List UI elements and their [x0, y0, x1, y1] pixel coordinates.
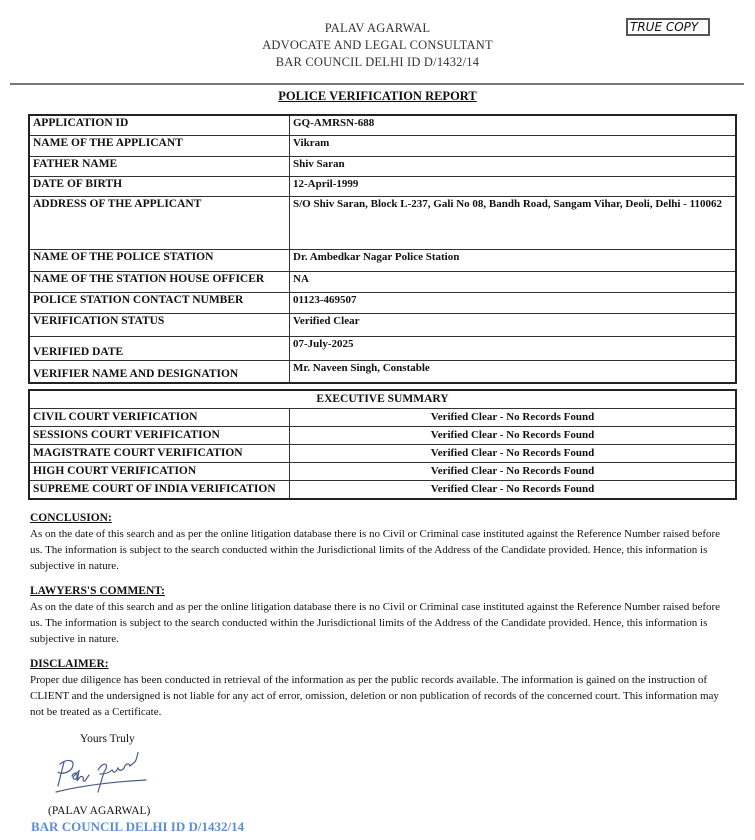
lawyers-comment-section: LAWYERS'S COMMENT: As on the date of thi… [30, 583, 730, 647]
disclaimer-text: Proper due diligence has been conducted … [30, 672, 730, 720]
details-table: APPLICATION ID GQ-AMRSN-688 NAME OF THE … [28, 114, 737, 384]
table-row: VERIFIED DATE 07-July-2025 [29, 336, 736, 360]
row-label: NAME OF THE APPLICANT [29, 135, 290, 156]
row-value: S/O Shiv Saran, Block L-237, Gali No 08,… [290, 196, 737, 249]
advocate-title: ADVOCATE AND LEGAL CONSULTANT [0, 37, 755, 54]
row-label: SUPREME COURT OF INDIA VERIFICATION [29, 481, 290, 500]
row-label: NAME OF THE STATION HOUSE OFFICER [29, 271, 290, 292]
row-label: FATHER NAME [29, 156, 290, 176]
table-row: SESSIONS COURT VERIFICATION Verified Cle… [29, 427, 736, 445]
table-row: VERIFICATION STATUS Verified Clear [29, 313, 736, 336]
table-row: VERIFIER NAME AND DESIGNATION Mr. Naveen… [29, 360, 736, 383]
row-value: Verified Clear - No Records Found [290, 463, 737, 481]
row-label: VERIFIED DATE [29, 336, 290, 360]
row-value: Vikram [290, 135, 737, 156]
signature-image [50, 752, 160, 802]
signature-icon [50, 752, 160, 802]
header-divider [10, 83, 744, 85]
table-row: SUPREME COURT OF INDIA VERIFICATION Veri… [29, 481, 736, 500]
disclaimer-section: DISCLAIMER: Proper due diligence has bee… [30, 656, 730, 720]
true-copy-stamp: TRUE COPY [626, 18, 710, 36]
row-label: ADDRESS OF THE APPLICANT [29, 196, 290, 249]
summary-heading: EXECUTIVE SUMMARY [29, 390, 736, 409]
row-label: VERIFICATION STATUS [29, 313, 290, 336]
signatory-name: (PALAV AGARWAL) [48, 805, 150, 817]
table-row: HIGH COURT VERIFICATION Verified Clear -… [29, 463, 736, 481]
row-value: Verified Clear - No Records Found [290, 409, 737, 427]
advocate-bar-id: BAR COUNCIL DELHI ID D/1432/14 [0, 54, 755, 71]
table-row: MAGISTRATE COURT VERIFICATION Verified C… [29, 445, 736, 463]
row-label: MAGISTRATE COURT VERIFICATION [29, 445, 290, 463]
row-value: Shiv Saran [290, 156, 737, 176]
row-label: NAME OF THE POLICE STATION [29, 249, 290, 271]
row-value: Verified Clear - No Records Found [290, 427, 737, 445]
row-label: SESSIONS COURT VERIFICATION [29, 427, 290, 445]
closing-salutation: Yours Truly [80, 733, 135, 745]
row-value: Verified Clear [290, 313, 737, 336]
row-label: HIGH COURT VERIFICATION [29, 463, 290, 481]
row-value: 12-April-1999 [290, 176, 737, 196]
row-value: Dr. Ambedkar Nagar Police Station [290, 249, 737, 271]
table-row: NAME OF THE STATION HOUSE OFFICER NA [29, 271, 736, 292]
row-value: Mr. Naveen Singh, Constable [290, 360, 737, 383]
row-label: VERIFIER NAME AND DESIGNATION [29, 360, 290, 383]
row-value: GQ-AMRSN-688 [290, 115, 737, 135]
row-label: CIVIL COURT VERIFICATION [29, 409, 290, 427]
row-label: DATE OF BIRTH [29, 176, 290, 196]
table-row: DATE OF BIRTH 12-April-1999 [29, 176, 736, 196]
table-row: APPLICATION ID GQ-AMRSN-688 [29, 115, 736, 135]
row-label: POLICE STATION CONTACT NUMBER [29, 292, 290, 313]
report-title: POLICE VERIFICATION REPORT [0, 89, 755, 104]
signatory-bar-id: BAR COUNCIL DELHI ID D/1432/14 [31, 819, 244, 835]
row-value: Verified Clear - No Records Found [290, 481, 737, 500]
row-value: NA [290, 271, 737, 292]
table-row: CIVIL COURT VERIFICATION Verified Clear … [29, 409, 736, 427]
conclusion-section: CONCLUSION: As on the date of this searc… [30, 510, 730, 574]
conclusion-heading: CONCLUSION: [30, 510, 730, 526]
disclaimer-heading: DISCLAIMER: [30, 656, 730, 672]
table-row: NAME OF THE APPLICANT Vikram [29, 135, 736, 156]
table-row: POLICE STATION CONTACT NUMBER 01123-4695… [29, 292, 736, 313]
conclusion-text: As on the date of this search and as per… [30, 526, 730, 574]
lawyers-comment-text: As on the date of this search and as per… [30, 599, 730, 647]
table-row: ADDRESS OF THE APPLICANT S/O Shiv Saran,… [29, 196, 736, 249]
table-row: NAME OF THE POLICE STATION Dr. Ambedkar … [29, 249, 736, 271]
executive-summary-table: EXECUTIVE SUMMARY CIVIL COURT VERIFICATI… [28, 389, 737, 500]
row-label: APPLICATION ID [29, 115, 290, 135]
table-row: FATHER NAME Shiv Saran [29, 156, 736, 176]
row-value: 01123-469507 [290, 292, 737, 313]
row-value: 07-July-2025 [290, 336, 737, 360]
lawyers-comment-heading: LAWYERS'S COMMENT: [30, 583, 730, 599]
row-value: Verified Clear - No Records Found [290, 445, 737, 463]
summary-heading-row: EXECUTIVE SUMMARY [29, 390, 736, 409]
